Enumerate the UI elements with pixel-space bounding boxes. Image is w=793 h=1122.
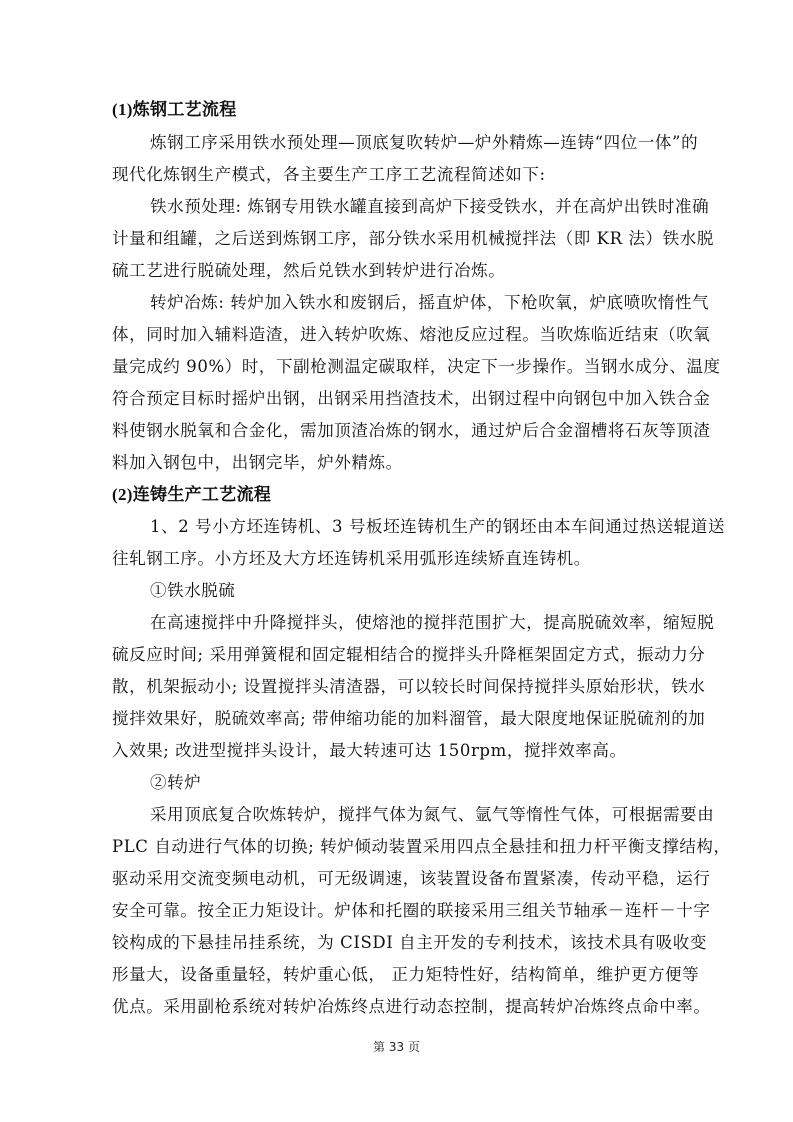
paragraph-line: 散，机架振动小; 设置搅拌头清渣器，可以较长时间保持搅拌头原始形状，铁水 xyxy=(112,677,688,697)
paragraph-line: 入效果; 改进型搅拌头设计，最大转速可达 150rpm，搅拌效率高。 xyxy=(112,741,688,761)
paragraph-line: 硫工艺进行脱硫处理，然后兑铁水到转炉进行冶炼。 xyxy=(112,261,688,281)
paragraph-line: 料使钢水脱氧和合金化，需加顶渣冶炼的钢水，通过炉后合金溜槽将石灰等顶渣 xyxy=(112,421,688,441)
paragraph-line: 铰构成的下悬挂吊挂系统，为 CISDI 自主开发的专利技术，该技术具有吸收变 xyxy=(112,933,688,953)
paragraph-line: 体，同时加入辅料造渣，进入转炉吹炼、熔池反应过程。当吹炼临近结束（吹氧 xyxy=(112,325,688,345)
paragraph-line: 转炉冶炼: 转炉加入铁水和废钢后，摇直炉体，下枪吹氧，炉底喷吹惰性气 xyxy=(150,293,688,313)
section-heading-continuous-casting: (2)连铸生产工艺流程 xyxy=(112,485,688,505)
section-heading-steelmaking: (1)炼钢工艺流程 xyxy=(112,100,688,120)
subheading-desulfurization: ①铁水脱硫 xyxy=(150,581,688,601)
paragraph-line: 炼钢工序采用铁水预处理—顶底复吹转炉—炉外精炼—连铸“四位一体”的 xyxy=(150,133,688,153)
paragraph-line: 现代化炼钢生产模式，各主要生产工序工艺流程简述如下: xyxy=(112,165,688,185)
paragraph-line: 形量大，设备重量轻，转炉重心低， 正力矩特性好，结构简单，维护更方便等 xyxy=(112,965,688,985)
paragraph-line: 采用顶底复合吹炼转炉，搅拌气体为氮气、氩气等惰性气体，可根据需要由 xyxy=(150,805,688,825)
paragraph-line: 计量和组罐，之后送到炼钢工序，部分铁水采用机械搅拌法（即 KR 法）铁水脱 xyxy=(112,229,688,249)
paragraph-line: 1、2 号小方坯连铸机、3 号板坯连铸机生产的钢坯由本车间通过热送辊道送 xyxy=(150,517,688,537)
paragraph-line: PLC 自动进行气体的切换; 转炉倾动装置采用四点全悬挂和扭力杆平衡支撑结构， xyxy=(112,837,688,857)
paragraph-line: 料加入钢包中，出钢完毕，炉外精炼。 xyxy=(112,453,688,473)
paragraph-line: 符合预定目标时摇炉出钢，出钢采用挡渣技术，出钢过程中向钢包中加入铁合金 xyxy=(112,389,688,409)
paragraph-line: 搅拌效果好，脱硫效率高; 带伸缩功能的加料溜管，最大限度地保证脱硫剂的加 xyxy=(112,709,688,729)
paragraph-line: 量完成约 90%）时，下副枪测温定碳取样，决定下一步操作。当钢水成分、温度 xyxy=(112,357,688,377)
paragraph-line: 优点。采用副枪系统对转炉冶炼终点进行动态控制，提高转炉冶炼终点命中率。 xyxy=(112,997,688,1017)
paragraph-line: 硫反应时间; 采用弹簧棍和固定辊相结合的搅拌头升降框架固定方式，振动力分 xyxy=(112,645,688,665)
page-number: 第 33 页 xyxy=(0,1038,793,1055)
paragraph-line: 往轧钢工序。小方坯及大方坯连铸机采用弧形连续矫直连铸机。 xyxy=(112,549,688,569)
paragraph-line: 驱动采用交流变频电动机，可无级调速，该装置设备布置紧凑，传动平稳，运行 xyxy=(112,869,688,889)
paragraph-line: 安全可靠。按全正力矩设计。炉体和托圈的联接采用三组关节轴承－连杆－十字 xyxy=(112,901,688,921)
paragraph-line: 铁水预处理: 炼钢专用铁水罐直接到高炉下接受铁水，并在高炉出铁时准确 xyxy=(150,197,688,217)
document-page: (1)炼钢工艺流程 炼钢工序采用铁水预处理—顶底复吹转炉—炉外精炼—连铸“四位一… xyxy=(0,0,793,1122)
subheading-converter: ②转炉 xyxy=(150,773,688,793)
paragraph-line: 在高速搅拌中升降搅拌头，使熔池的搅拌范围扩大，提高脱硫效率，缩短脱 xyxy=(150,613,688,633)
